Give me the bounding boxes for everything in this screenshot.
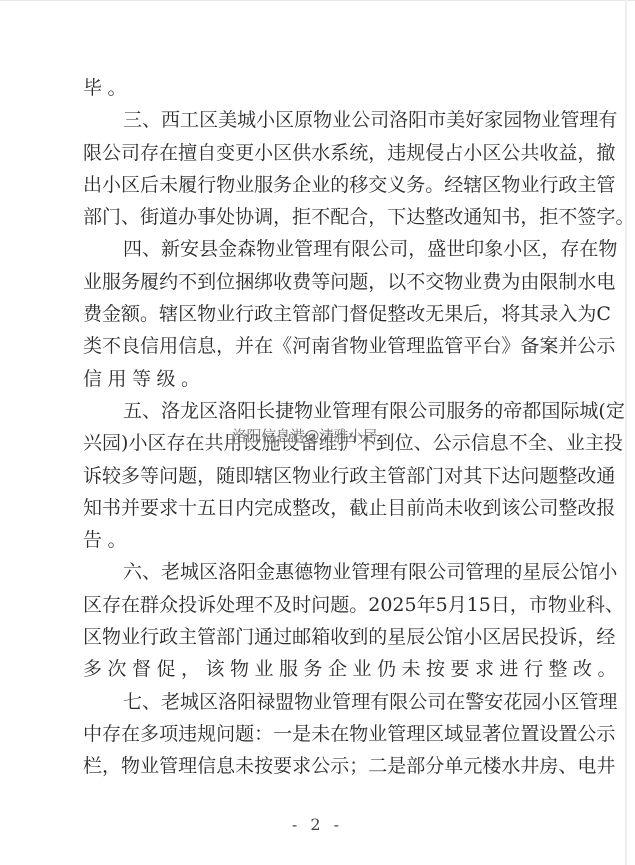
text-line: 三、西工区美城小区原物业公司洛阳市美好家园物业管理有 xyxy=(83,104,585,136)
page-top-border xyxy=(0,0,635,1)
text-line: 七、老城区洛阳禄盟物业管理有限公司在警安花园小区管理 xyxy=(83,686,585,718)
text-line: 诉较多等问题，随即辖区物业行政主管部门对其下达问题整改通 xyxy=(83,460,585,492)
text-line: 栏，物业管理信息未按要求公示；二是部分单元楼水井房、电井 xyxy=(83,750,585,782)
text-line: 五、洛龙区洛阳长捷物业管理有限公司服务的帝都国际城(定 xyxy=(83,395,585,427)
text-line: 部门、街道办事处协调，拒不配合，下达整改通知书，拒不签字。 xyxy=(83,201,585,233)
watermark: 洛阳信息港@清雅小居 xyxy=(232,425,377,446)
text-line: 中存在多项违规问题：一是未在物业管理区域显著位置设置公示 xyxy=(83,718,585,750)
page-number: - 2 - xyxy=(0,815,635,834)
text-line: 业服务履约不到位捆绑收费等问题，以不交物业费为由限制水电 xyxy=(83,266,585,298)
text-line: 毕。 xyxy=(83,72,585,104)
text-line: 信用等级。 xyxy=(83,363,585,395)
text-line: 告。 xyxy=(83,524,585,556)
text-line: 费金额。辖区物业行政主管部门督促整改无果后，将其录入为C xyxy=(83,298,585,330)
text-line: 知书并要求十五日内完成整改，截止目前尚未收到该公司整改报 xyxy=(83,492,585,524)
text-line: 四、新安县金森物业管理有限公司，盛世印象小区，存在物 xyxy=(83,233,585,265)
text-line: 区存在群众投诉处理不及时问题。2025年5月15日，市物业科、 xyxy=(83,589,585,621)
text-line: 限公司存在擅自变更小区供水系统，违规侵占小区公共收益，撤 xyxy=(83,137,585,169)
page-right-border xyxy=(625,0,627,865)
text-line: 多次督促，该物业服务企业仍未按要求进行整改。 xyxy=(83,653,585,685)
text-line: 六、老城区洛阳金惠德物业管理有限公司管理的星辰公馆小 xyxy=(83,556,585,588)
text-line: 区物业行政主管部门通过邮箱收到的星辰公馆小区居民投诉，经 xyxy=(83,621,585,653)
text-line: 类不良信用信息，并在《河南省物业管理监管平台》备案并公示 xyxy=(83,330,585,362)
text-line: 出小区后未履行物业服务企业的移交义务。经辖区物业行政主管 xyxy=(83,169,585,201)
